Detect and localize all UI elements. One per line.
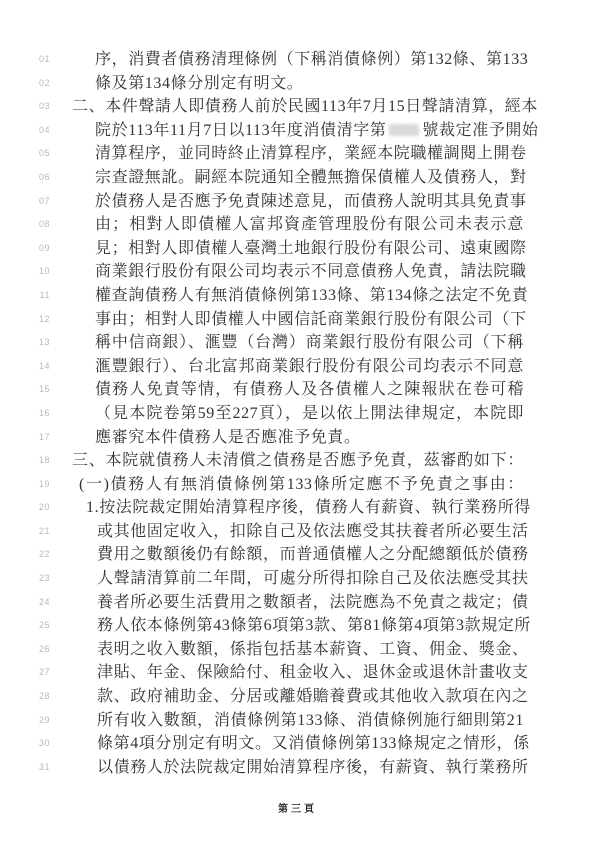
line-number: 02: [28, 72, 50, 96]
line-text: 見；相對人即債權人臺灣土地銀行股份有限公司、遠東國際: [95, 237, 524, 261]
document-line: 09見；相對人即債權人臺灣土地銀行股份有限公司、遠東國際: [0, 237, 595, 261]
line-number: 09: [28, 237, 50, 261]
line-text: 二、本件聲請人即債務人前於民國113年7月15日聲請清算，經本: [72, 95, 524, 119]
line-text: 滙豐銀行）、台北富邦商業銀行股份有限公司均表示不同意: [95, 355, 524, 379]
line-number: 07: [28, 190, 50, 214]
line-text: 清算程序，並同時終止清算程序，業經本院職權調閱上開卷: [95, 142, 524, 166]
line-number: 01: [28, 48, 50, 72]
document-line: 31以債務人於法院裁定開始清算程序後，有薪資、執行業務所: [0, 756, 595, 780]
line-number: 10: [28, 260, 50, 284]
line-number: 15: [28, 378, 50, 402]
document-line: 18三、本院就債務人未清償之債務是否應予免責，茲審酌如下：: [0, 449, 595, 473]
line-number: 23: [28, 567, 50, 591]
document-line: 14滙豐銀行）、台北富邦商業銀行股份有限公司均表示不同意: [0, 355, 595, 379]
document-line: 28款、政府補助金、分居或離婚贍養費或其他收入款項在內之: [0, 685, 595, 709]
line-text: 款、政府補助金、分居或離婚贍養費或其他收入款項在內之: [97, 685, 524, 709]
line-text: 養者所必要生活費用之數額者，法院應為不免責之裁定；債: [97, 591, 524, 615]
line-text: 序，消費者債務清理條例（下稱消債條例）第132條、第133: [95, 48, 524, 72]
line-text: 於債務人是否應予免責陳述意見，而債務人說明其具免責事: [95, 190, 524, 214]
line-number: 31: [28, 756, 50, 780]
line-number: 29: [28, 709, 50, 733]
line-number: 16: [28, 402, 50, 426]
line-number: 24: [28, 591, 50, 615]
line-text: 所有收入數額，消債條例第133條、消債條例施行細則第21: [97, 709, 524, 733]
line-number: 17: [28, 426, 50, 450]
line-number: 11: [28, 284, 50, 308]
document-line: 22費用之數額後仍有餘額，而普通債權人之分配總額低於債務: [0, 543, 595, 567]
line-number: 28: [28, 685, 50, 709]
line-text: 事由；相對人即債權人中國信託商業銀行股份有限公司（下: [95, 308, 524, 332]
line-text: 債務人免責等情，有債務人及各債權人之陳報狀在卷可稽: [95, 378, 524, 402]
document-line: 06宗查證無訛。嗣經本院通知全體無擔保債權人及債務人，對: [0, 166, 595, 190]
line-text: 由；相對人即債權人富邦資產管理股份有限公司未表示意: [95, 213, 524, 237]
document-line: 19(一)債務人有無消債條例第133條所定應不予免責之事由：: [0, 473, 595, 497]
line-number: 20: [28, 496, 50, 520]
line-number: 04: [28, 119, 50, 143]
line-text-segment: 院於113年11月7日以113年度消債清字第: [95, 122, 386, 139]
line-number: 13: [28, 331, 50, 355]
document-line: 27津貼、年金、保險給付、租金收入、退休金或退休計畫收支: [0, 661, 595, 685]
line-number: 25: [28, 614, 50, 638]
line-text: 條第4項分別定有明文。又消債條例第133條規定之情形，係: [97, 732, 524, 756]
document-line: 29所有收入數額，消債條例第133條、消債條例施行細則第21: [0, 709, 595, 733]
redaction-blur: [389, 124, 419, 136]
line-text: 費用之數額後仍有餘額，而普通債權人之分配總額低於債務: [97, 543, 524, 567]
line-number: 12: [28, 308, 50, 332]
document-line: 04院於113年11月7日以113年度消債清字第號裁定准予開始: [0, 119, 595, 143]
document-line: 01序，消費者債務清理條例（下稱消債條例）第132條、第133: [0, 48, 595, 72]
document-line: 23人聲請清算前二年間，可處分所得扣除自己及依法應受其扶: [0, 567, 595, 591]
document-line: 02條及第134條分別定有明文。: [0, 72, 595, 96]
line-text: 商業銀行股份有限公司均表示不同意債務人免責，請法院職: [95, 260, 524, 284]
line-number: 26: [28, 638, 50, 662]
line-number: 27: [28, 661, 50, 685]
line-number: 18: [28, 449, 50, 473]
page-footer: 第三頁: [0, 800, 595, 815]
document-line: 08由；相對人即債權人富邦資產管理股份有限公司未表示意: [0, 213, 595, 237]
document-line: 10商業銀行股份有限公司均表示不同意債務人免責，請法院職: [0, 260, 595, 284]
document-line: 11權查詢債務人有無消債條例第133條、第134條之法定不免責: [0, 284, 595, 308]
line-text: 權查詢債務人有無消債條例第133條、第134條之法定不免責: [95, 284, 524, 308]
line-text: 稱中信商銀）、滙豐（台灣）商業銀行股份有限公司（下稱: [95, 331, 524, 355]
document-line: 03二、本件聲請人即債務人前於民國113年7月15日聲請清算，經本: [0, 95, 595, 119]
document-body: 01序，消費者債務清理條例（下稱消債條例）第132條、第13302條及第134條…: [0, 48, 595, 779]
line-number: 21: [28, 520, 50, 544]
document-line: 12事由；相對人即債權人中國信託商業銀行股份有限公司（下: [0, 308, 595, 332]
document-line: 24養者所必要生活費用之數額者，法院應為不免責之裁定；債: [0, 591, 595, 615]
line-text: (一)債務人有無消債條例第133條所定應不予免責之事由：: [79, 473, 524, 497]
document-line: 07於債務人是否應予免責陳述意見，而債務人說明其具免責事: [0, 190, 595, 214]
line-number: 22: [28, 543, 50, 567]
document-line: 05清算程序，並同時終止清算程序，業經本院職權調閱上開卷: [0, 142, 595, 166]
line-text: 以債務人於法院裁定開始清算程序後，有薪資、執行業務所: [97, 756, 524, 780]
document-line: 13稱中信商銀）、滙豐（台灣）商業銀行股份有限公司（下稱: [0, 331, 595, 355]
line-text: 院於113年11月7日以113年度消債清字第號裁定准予開始: [95, 119, 524, 143]
line-text: 務人依本條例第43條第6項第3款、第81條第4項第3款規定所: [97, 614, 524, 638]
line-number: 05: [28, 142, 50, 166]
line-number: 19: [28, 473, 50, 497]
document-line: 30條第4項分別定有明文。又消債條例第133條規定之情形，係: [0, 732, 595, 756]
document-line: 15債務人免責等情，有債務人及各債權人之陳報狀在卷可稽: [0, 378, 595, 402]
line-number: 30: [28, 732, 50, 756]
line-text: 表明之收入數額，係指包括基本薪資、工資、佣金、獎金、: [97, 638, 524, 662]
document-line: 16（見本院卷第59至227頁），是以依上開法律規定，本院即: [0, 402, 595, 426]
line-text: 1.按法院裁定開始清算程序後，債務人有薪資、執行業務所得: [86, 496, 524, 520]
line-text: 人聲請清算前二年間，可處分所得扣除自己及依法應受其扶: [97, 567, 524, 591]
document-line: 201.按法院裁定開始清算程序後，債務人有薪資、執行業務所得: [0, 496, 595, 520]
judgment-page: 01序，消費者債務清理條例（下稱消債條例）第132條、第13302條及第134條…: [0, 0, 595, 842]
line-text: （見本院卷第59至227頁），是以依上開法律規定，本院即: [95, 402, 524, 426]
line-text: 三、本院就債務人未清償之債務是否應予免責，茲審酌如下：: [72, 449, 524, 473]
line-number: 14: [28, 355, 50, 379]
line-text: 津貼、年金、保險給付、租金收入、退休金或退休計畫收支: [97, 661, 524, 685]
line-text: 應審究本件債務人是否應准予免責。: [95, 426, 524, 450]
line-text: 條及第134條分別定有明文。: [95, 72, 524, 96]
document-line: 17應審究本件債務人是否應准予免責。: [0, 426, 595, 450]
line-number: 08: [28, 213, 50, 237]
line-number: 06: [28, 166, 50, 190]
line-text-segment: 號裁定准予開始: [422, 122, 538, 139]
line-text: 宗查證無訛。嗣經本院通知全體無擔保債權人及債務人，對: [95, 166, 524, 190]
line-number: 03: [28, 95, 50, 119]
document-line: 25務人依本條例第43條第6項第3款、第81條第4項第3款規定所: [0, 614, 595, 638]
line-text: 或其他固定收入，扣除自己及依法應受其扶養者所必要生活: [97, 520, 524, 544]
document-line: 21或其他固定收入，扣除自己及依法應受其扶養者所必要生活: [0, 520, 595, 544]
document-line: 26表明之收入數額，係指包括基本薪資、工資、佣金、獎金、: [0, 638, 595, 662]
